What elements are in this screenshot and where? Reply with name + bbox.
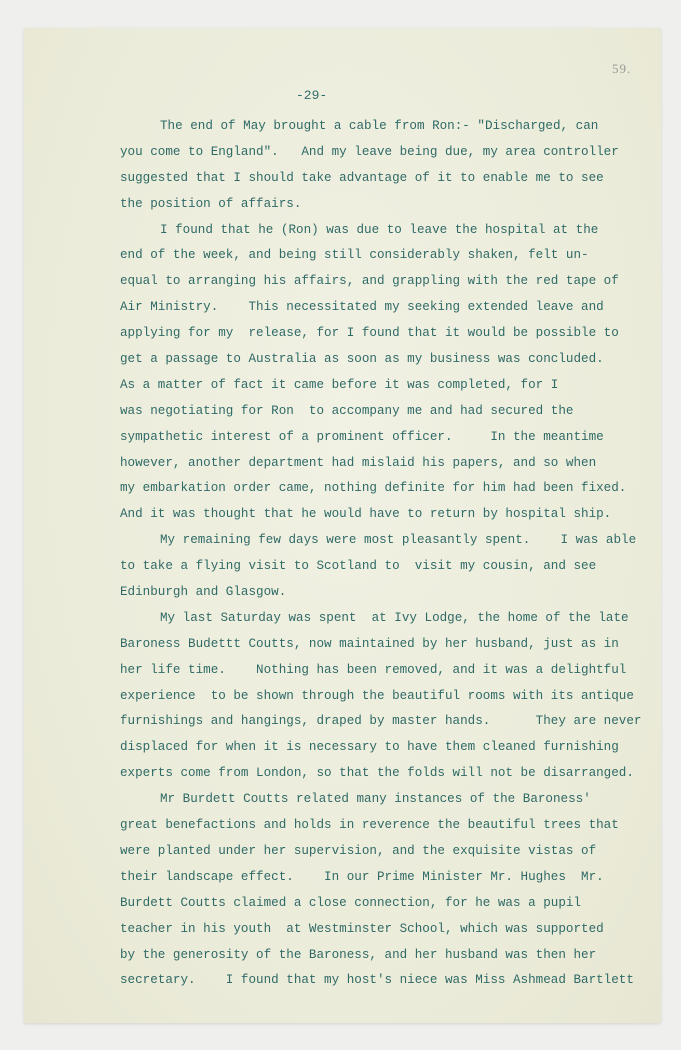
text-line: furnishings and hangings, draped by mast… <box>120 709 680 735</box>
text-line: equal to arranging his affairs, and grap… <box>120 269 680 295</box>
text-line: Burdett Coutts claimed a close connectio… <box>120 891 680 917</box>
text-line: teacher in his youth at Westminster Scho… <box>120 917 680 943</box>
text-line: was negotiating for Ron to accompany me … <box>120 399 680 425</box>
text-line: end of the week, and being still conside… <box>120 243 680 269</box>
text-line: were planted under her supervision, and … <box>120 839 680 865</box>
paragraph-first-line: My remaining few days were most pleasant… <box>120 528 680 554</box>
typewritten-body: The end of May brought a cable from Ron:… <box>120 114 680 994</box>
text-line: secretary. I found that my host's niece … <box>120 968 680 994</box>
text-line: experience to be shown through the beaut… <box>120 684 680 710</box>
text-line: displaced for when it is necessary to ha… <box>120 735 680 761</box>
document-page: 59. -29- The end of May brought a cable … <box>24 28 661 1023</box>
text-line: experts come from London, so that the fo… <box>120 761 680 787</box>
text-line: my embarkation order came, nothing defin… <box>120 476 680 502</box>
text-line: their landscape effect. In our Prime Min… <box>120 865 680 891</box>
text-line: the position of affairs. <box>120 192 680 218</box>
text-line: Baroness Budettt Coutts, now maintained … <box>120 632 680 658</box>
text-line: As a matter of fact it came before it wa… <box>120 373 680 399</box>
text-line: Edinburgh and Glasgow. <box>120 580 680 606</box>
text-line: by the generosity of the Baroness, and h… <box>120 943 680 969</box>
page-number: -29- <box>296 88 327 103</box>
paragraph-first-line: The end of May brought a cable from Ron:… <box>120 114 680 140</box>
text-line: sympathetic interest of a prominent offi… <box>120 425 680 451</box>
paragraph-first-line: I found that he (Ron) was due to leave t… <box>120 218 680 244</box>
paragraph-first-line: Mr Burdett Coutts related many instances… <box>120 787 680 813</box>
text-line: suggested that I should take advantage o… <box>120 166 680 192</box>
text-line: to take a flying visit to Scotland to vi… <box>120 554 680 580</box>
text-line: great benefactions and holds in reverenc… <box>120 813 680 839</box>
text-line: And it was thought that he would have to… <box>120 502 680 528</box>
text-line: her life time. Nothing has been removed,… <box>120 658 680 684</box>
folio-mark: 59. <box>612 61 631 77</box>
paragraph-first-line: My last Saturday was spent at Ivy Lodge,… <box>120 606 680 632</box>
text-line: get a passage to Australia as soon as my… <box>120 347 680 373</box>
text-line: applying for my release, for I found tha… <box>120 321 680 347</box>
text-line: you come to England". And my leave being… <box>120 140 680 166</box>
text-line: Air Ministry. This necessitated my seeki… <box>120 295 680 321</box>
text-line: however, another department had mislaid … <box>120 451 680 477</box>
